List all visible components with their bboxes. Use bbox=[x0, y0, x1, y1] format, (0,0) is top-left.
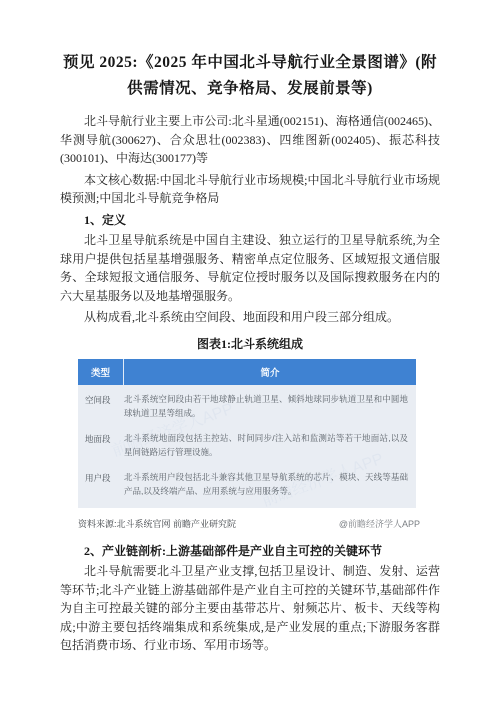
table-row: 地面段 北斗系统地面段包括主控站、时间同步/注入站和监测站等若干地面站,以及星间… bbox=[78, 426, 416, 465]
credit-note: @前瞻经济学人APP bbox=[339, 517, 420, 530]
paragraph-industry-chain: 北斗导航需要北斗卫星产业支撑,包括卫星设计、制造、发射、运营等环节;北斗产业链上… bbox=[60, 562, 440, 655]
paragraph-listed-companies: 北斗导航行业主要上市公司:北斗星通(002151)、海格通信(002465)、华… bbox=[60, 112, 440, 168]
figure-title: 图表1:北斗系统组成 bbox=[60, 335, 440, 352]
table-header-desc: 简介 bbox=[124, 359, 416, 385]
section-1-heading: 1、定义 bbox=[60, 211, 440, 230]
table-body: 空间段 北斗系统空间段由若干地球静止轨道卫星、倾斜地球同步轨道卫星和中圆地球轨道… bbox=[78, 385, 416, 508]
table-header-row: 类型 简介 bbox=[78, 359, 416, 385]
table-header-type: 类型 bbox=[78, 359, 124, 385]
page-title: 预见 2025:《2025 年中国北斗导航行业全景图谱》(附供需情况、竞争格局、… bbox=[60, 50, 440, 102]
paragraph-composition: 从构成看,北斗系统由空间段、地面段和用户段三部分组成。 bbox=[60, 308, 440, 327]
table-cell-type: 用户段 bbox=[78, 470, 124, 499]
beidou-components-table: 前瞻经济学人APP 前瞻经济学人APP 类型 简介 空间段 北斗系统空间段由若干… bbox=[78, 359, 416, 508]
table-row: 用户段 北斗系统用户段包括北斗兼容其他卫星导航系统的芯片、模块、天线等基础产品,… bbox=[78, 465, 416, 504]
section-2-heading: 2、产业链剖析:上游基础部件是产业自主可控的关键环节 bbox=[60, 542, 440, 561]
table-row: 空间段 北斗系统空间段由若干地球静止轨道卫星、倾斜地球同步轨道卫星和中圆地球轨道… bbox=[78, 387, 416, 426]
paragraph-definition: 北斗卫星导航系统是中国自主建设、独立运行的卫星导航系统,为全球用户提供包括星基增… bbox=[60, 231, 440, 305]
table-cell-desc: 北斗系统地面段包括主控站、时间同步/注入站和监测站等若干地面站,以及星间链路运行… bbox=[124, 431, 416, 460]
paragraph-core-data: 本文核心数据:中国北斗导航行业市场规模;中国北斗导航行业市场规模预测;中国北斗导… bbox=[60, 171, 440, 208]
table-cell-type: 地面段 bbox=[78, 431, 124, 460]
table-cell-desc: 北斗系统空间段由若干地球静止轨道卫星、倾斜地球同步轨道卫星和中圆地球轨道卫星等组… bbox=[124, 392, 416, 421]
document-page: 预见 2025:《2025 年中国北斗导航行业全景图谱》(附供需情况、竞争格局、… bbox=[0, 0, 496, 701]
table-cell-type: 空间段 bbox=[78, 392, 124, 421]
table-cell-desc: 北斗系统用户段包括北斗兼容其他卫星导航系统的芯片、模块、天线等基础产品,以及终端… bbox=[124, 470, 416, 499]
figure-source-row: 资料来源:北斗系统官网 前瞻产业研究院 @前瞻经济学人APP bbox=[78, 517, 420, 530]
source-note: 资料来源:北斗系统官网 前瞻产业研究院 bbox=[78, 517, 236, 530]
